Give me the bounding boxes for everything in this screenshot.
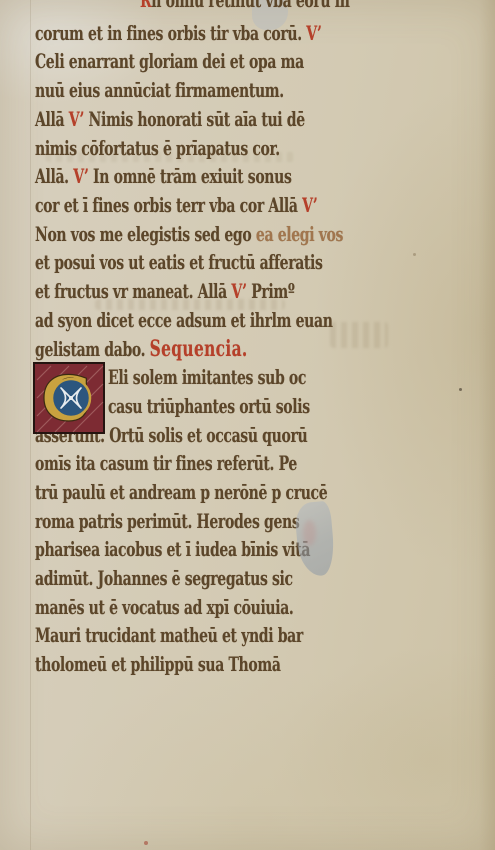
rubric-segment: V’ <box>73 164 93 188</box>
text-line: nimis cōfortatus ē prīapatus cor. <box>35 136 280 160</box>
text-line: Allā V’ Nimis honorati sūt aīa tui dē <box>35 107 305 131</box>
text-segment: ad syon dicet ecce adsum et ihrlm euan <box>35 308 333 332</box>
manuscript-page: Rn omīū retinūt vba eorū īncorum et in f… <box>0 0 495 850</box>
text-segment: Non vos me elegistis sed ego <box>35 222 256 246</box>
rubric-segment: V’ <box>306 21 321 45</box>
text-line: Celi enarrant gloriam dei et opa ma <box>35 49 304 73</box>
text-line: casu triūphantes ortū solis <box>108 394 310 418</box>
rubric-segment: R <box>140 0 151 12</box>
text-segment: trū paulū et andream p nerōnē p crucē <box>35 480 327 504</box>
text-segment: Celi enarrant gloriam dei et opa ma <box>35 49 304 73</box>
text-line: Rn omīū retinūt vba eorū īn <box>140 0 350 12</box>
text-line: tholomeū et philippū sua Thomā <box>35 652 281 676</box>
text-segment: ea elegi vos <box>256 222 343 246</box>
text-segment: casu triūphantes ortū solis <box>108 394 310 418</box>
text-line: adimūt. Johannes ē segregatus sic <box>35 566 293 590</box>
text-line: trū paulū et andream p nerōnē p crucē <box>35 480 327 504</box>
text-segment: Allā <box>35 107 69 131</box>
text-line: Eli solem imitantes sub oc <box>108 365 306 389</box>
text-segment: In omnē trām exiuit sonus <box>93 164 291 188</box>
text-segment: nimis cōfortatus ē prīapatus cor. <box>35 136 280 160</box>
text-segment: cor et ī fines orbis terr vba cor Allā <box>35 193 302 217</box>
text-segment: Nimis honorati sūt aīa tui dē <box>89 107 305 131</box>
text-segment: nuū eius annūciat firmamentum. <box>35 78 284 102</box>
text-segment: et posui vos ut eatis et fructū afferati… <box>35 250 323 274</box>
text-line: manēs ut ē vocatus ad xpī cōuiuia. <box>35 595 293 619</box>
text-line: et posui vos ut eatis et fructū afferati… <box>35 250 323 274</box>
text-segment: adimūt. Johannes ē segregatus sic <box>35 566 293 590</box>
text-segment: gelistam dabo. <box>35 337 150 361</box>
text-segment: Eli solem imitantes sub oc <box>108 365 306 389</box>
text-segment: tholomeū et philippū sua Thomā <box>35 652 281 676</box>
text-line: cor et ī fines orbis terr vba cor Allā V… <box>35 193 317 217</box>
text-segment: pharisea iacobus et ī iudea bīnis vitā <box>35 537 310 561</box>
rubric-segment: V’ <box>302 193 317 217</box>
text-line: et fructus vr maneat. Allā V’ Primº <box>35 279 295 303</box>
text-segment: manēs ut ē vocatus ad xpī cōuiuia. <box>35 595 293 619</box>
text-line: gelistam dabo. Sequencia. <box>35 336 248 362</box>
text-segment: Primº <box>251 279 294 303</box>
text-line: omīs ita casum tir fines referūt. Pe <box>35 451 297 475</box>
text-line: Allā. V’ In omnē trām exiuit sonus <box>35 164 291 188</box>
text-segment: Mauri trucidant matheū et yndi bar <box>35 623 303 647</box>
text-segment: n omīū retinūt vba eorū īn <box>151 0 349 12</box>
text-segment: omīs ita casum tir fines referūt. Pe <box>35 451 297 475</box>
rubric-segment: V’ <box>231 279 251 303</box>
text-segment: corum et in fines orbis tir vba corū. <box>35 21 306 45</box>
text-line: corum et in fines orbis tir vba corū. V’ <box>35 21 322 45</box>
text-line: pharisea iacobus et ī iudea bīnis vitā <box>35 537 310 561</box>
text-line: ad syon dicet ecce adsum et ihrlm euan <box>35 308 333 332</box>
rubric-segment: V’ <box>69 107 89 131</box>
parchment-speck <box>144 841 148 845</box>
rubric-segment: Sequencia. <box>150 336 248 362</box>
text-line: Non vos me elegistis sed ego ea elegi vo… <box>35 222 343 246</box>
text-line: roma patris perimūt. Herodes gens <box>35 509 299 533</box>
text-segment: roma patris perimūt. Herodes gens <box>35 509 299 533</box>
text-line: nuū eius annūciat firmamentum. <box>35 78 284 102</box>
text-line: Mauri trucidant matheū et yndi bar <box>35 623 303 647</box>
illuminated-initial-C: C <box>33 362 105 434</box>
text-block: Rn omīū retinūt vba eorū īncorum et in f… <box>0 0 495 700</box>
text-segment: Allā. <box>35 164 73 188</box>
text-segment: et fructus vr maneat. Allā <box>35 279 231 303</box>
